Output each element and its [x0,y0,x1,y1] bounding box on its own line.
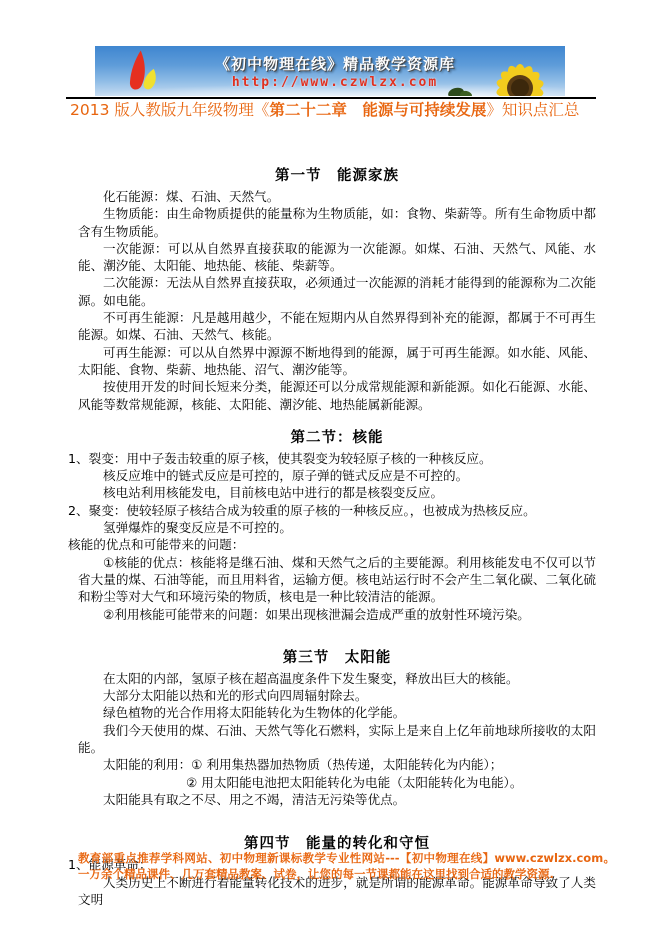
banner-site-url: http://www.czwlzx.com [232,75,438,90]
paragraph: 绿色植物的光合作用将太阳能转化为生物体的化学能。 [78,704,596,721]
paragraph: 在太阳的内部，氢原子核在超高温度条件下发生聚变，释放出巨大的核能。 [78,670,596,687]
paragraph: ②利用核能可能带来的问题：如果出现核泄漏会造成严重的放射性环境污染。 [78,606,596,623]
paragraph: 二次能源：无法从自然界直接获取，必须通过一次能源的消耗才能得到的能源称为二次能源… [78,274,596,309]
paragraph: 不可再生能源：凡是越用越少，不能在短期内从自然界得到补充的能源，都属于不可再生能… [78,309,596,344]
paragraph: 核反应堆中的链式反应是可控的，原子弹的链式反应是不可控的。 [78,467,596,484]
paragraph: 化石能源：煤、石油、天然气。 [78,188,596,205]
title-chapter: 第二十二章 能源与可持续发展 [269,101,486,119]
paragraph: 氢弹爆炸的聚变反应是不可控的。 [78,519,596,536]
paragraph: 2、聚变：使较轻原子核结合成为较重的原子核的一种核反应。，也被成为热核反应。 [68,502,596,519]
sunflower-icon [477,48,563,96]
site-banner: 《初中物理在线》精品教学资源库 http://www.czwlzx.com [95,46,565,96]
paragraph: 太阳能具有取之不尽、用之不竭，清洁无污染等优点。 [78,791,596,808]
document-page: 《初中物理在线》精品教学资源库 http://www.czwlzx.com [0,0,661,936]
banner-site-name: 《初中物理在线》精品教学资源库 [215,53,455,74]
paragraph: 按使用开发的时间长短来分类，能源还可以分成常规能源和新能源。如化石能源、水能、风… [78,378,596,413]
document-content: 第一节 能源家族化石能源：煤、石油、天然气。生物质能：由生命物质提供的能量称为生… [78,160,596,908]
paragraph: 一次能源：可以从自然界直接获取的能源为一次能源。如煤、石油、天然气、风能、水能、… [78,240,596,275]
title-suffix: 》知识点汇总 [486,101,579,119]
banner-divider [66,97,596,99]
paragraph: 核电站利用核能发电，目前核电站中进行的都是核裂变反应。 [78,484,596,501]
paragraph: 可再生能源：可以从自然界中源源不断地得到的能源，属于可再生能源。如水能、风能、太… [78,344,596,379]
paragraph: 大部分太阳能以热和光的形式向四周辐射除去。 [78,687,596,704]
paragraph: 我们今天使用的煤、石油、天然气等化石燃料，实际上是来自上亿年前地球所接收的太阳能… [78,722,596,757]
title-prefix: 2013 版人教版九年级物理《 [70,101,269,119]
paragraph: ② 用太阳能电池把太阳能转化为电能（太阳能转化为电能）。 [78,774,596,791]
section-heading-2: 第二节：核能 [78,429,596,447]
paragraph: 太阳能的利用：① 利用集热器加热物质（热传递，太阳能转化为内能）； [78,756,596,773]
paragraph: ①核能的优点：核能将是继石油、煤和天然气之后的主要能源。利用核能发电不仅可以节省… [78,554,596,606]
document-title: 2013 版人教版九年级物理《第二十二章 能源与可持续发展》知识点汇总 [70,100,610,120]
paragraph: 生物质能：由生命物质提供的能量称为生物质能，如：食物、柴薪等。所有生命物质中都含… [78,205,596,240]
section-heading-1: 第一节 能源家族 [78,167,596,185]
footer-note: 教育部重点推荐学科网站、初中物理新课标教学专业性网站---【初中物理在线】www… [78,851,615,882]
section-heading-3: 第三节 太阳能 [78,649,596,667]
leaf-icon [447,84,473,96]
banner-text-block: 《初中物理在线》精品教学资源库 http://www.czwlzx.com [185,46,485,96]
paragraph: 核能的优点和可能带来的问题： [68,536,596,553]
paragraph: 1、裂变：用中子轰击较重的原子核，使其裂变为较轻原子核的一种核反应。 [68,450,596,467]
site-logo-icon [119,49,167,95]
